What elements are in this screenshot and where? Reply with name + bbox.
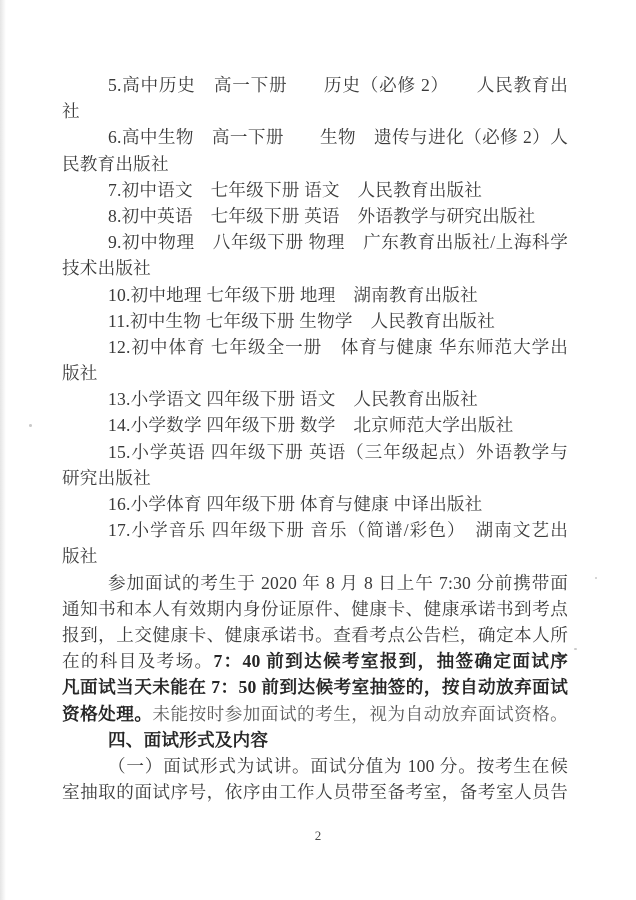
- text-segment: 版社: [62, 546, 98, 566]
- text-line: 11.初中生物 七年级下册 生物学 人民教育出版社: [62, 308, 568, 334]
- text-segment: 16.小学体育 四年级下册 体育与健康 中译出版社: [108, 494, 482, 514]
- page-number: 2: [0, 828, 636, 844]
- text-segment: 13.小学语文 四年级下册 语文 人民教育出版社: [108, 389, 478, 409]
- text-line: 在的科目及考场。7：40 前到达候考室报到，抽签确定面试序号。: [62, 648, 568, 674]
- text-segment: 版社: [62, 363, 98, 383]
- scan-speck: [574, 648, 577, 650]
- text-segment: 6.高中生物 高一下册 生物 遗传与进化（必修 2）人: [108, 127, 568, 147]
- scan-speck: [595, 577, 597, 579]
- text-line: 8.初中英语 七年级下册 英语 外语教学与研究出版社: [62, 203, 568, 229]
- document-body: 5.高中历史 高一下册 历史（必修 2） 人民教育出版社6.高中生物 高一下册 …: [62, 72, 568, 805]
- text-segment: 在的科目及考场。: [62, 651, 213, 671]
- text-line: 17.小学音乐 四年级下册 音乐（简谱/彩色） 湖南文艺出: [62, 517, 568, 543]
- text-segment: 室抽取的面试序号，依序由工作人员带至备考室，备考室人员告: [62, 782, 568, 802]
- text-segment: （一）面试形式为试讲。面试分值为 100 分。按考生在候考: [62, 756, 568, 779]
- scan-speck: [29, 424, 32, 427]
- scan-left-edge: [0, 0, 6, 900]
- text-line: 通知书和本人有效期内身份证原件、健康卡、健康承诺书到考点: [62, 596, 568, 622]
- text-segment: 民教育出版社: [62, 154, 169, 174]
- text-line: 室抽取的面试序号，依序由工作人员带至备考室，备考室人员告: [62, 779, 568, 805]
- text-line: 版社: [62, 543, 568, 569]
- text-line: 社: [62, 98, 568, 124]
- text-line: 民教育出版社: [62, 151, 568, 177]
- text-line: 技术出版社: [62, 255, 568, 281]
- text-line: 研究出版社: [62, 465, 568, 491]
- text-segment: 四、面试形式及内容: [108, 730, 268, 750]
- text-segment: 11.初中生物 七年级下册 生物学 人民教育出版社: [108, 311, 495, 331]
- text-segment: 参加面试的考生于 2020 年 8 月 8 日上午 7:30 分前携带面试: [62, 573, 568, 596]
- text-line: 参加面试的考生于 2020 年 8 月 8 日上午 7:30 分前携带面试: [62, 570, 568, 596]
- text-segment: 技术出版社: [62, 258, 151, 278]
- text-segment: 社: [62, 101, 80, 121]
- text-line: 版社: [62, 360, 568, 386]
- text-line: 14.小学数学 四年级下册 数学 北京师范大学出版社: [62, 412, 568, 438]
- text-line: 5.高中历史 高一下册 历史（必修 2） 人民教育出版: [62, 72, 568, 98]
- text-segment: 15.小学英语 四年级下册 英语（三年级起点）外语教学与: [108, 442, 568, 462]
- text-segment: 12.初中体育 七年级全一册 体育与健康 华东师范大学出: [108, 337, 568, 357]
- text-line: 10.初中地理 七年级下册 地理 湖南教育出版社: [62, 282, 568, 308]
- text-line: 13.小学语文 四年级下册 语文 人民教育出版社: [62, 386, 568, 412]
- text-segment: 研究出版社: [62, 468, 151, 488]
- text-line: 报到，上交健康卡、健康承诺书。查看考点公告栏，确定本人所: [62, 622, 568, 648]
- text-segment: 通知书和本人有效期内身份证原件、健康卡、健康承诺书到考点: [62, 599, 568, 619]
- text-line: 7.初中语文 七年级下册 语文 人民教育出版社: [62, 177, 568, 203]
- text-line: （一）面试形式为试讲。面试分值为 100 分。按考生在候考: [62, 753, 568, 779]
- text-line: 四、面试形式及内容: [62, 727, 568, 753]
- text-segment: 凡面试当天未能在 7：50 前到达候考室抽签的，按自动放弃面试: [62, 677, 568, 697]
- text-line: 9.初中物理 八年级下册 物理 广东教育出版社/上海科学: [62, 229, 568, 255]
- text-line: 凡面试当天未能在 7：50 前到达候考室抽签的，按自动放弃面试: [62, 674, 568, 700]
- text-segment: 17.小学音乐 四年级下册 音乐（简谱/彩色） 湖南文艺出: [108, 520, 568, 540]
- text-line: 15.小学英语 四年级下册 英语（三年级起点）外语教学与: [62, 439, 568, 465]
- text-line: 16.小学体育 四年级下册 体育与健康 中译出版社: [62, 491, 568, 517]
- text-segment: 资格处理。: [62, 704, 152, 724]
- text-segment: 8.初中英语 七年级下册 英语 外语教学与研究出版社: [108, 206, 535, 226]
- text-segment: 14.小学数学 四年级下册 数学 北京师范大学出版社: [108, 415, 513, 435]
- text-line: 12.初中体育 七年级全一册 体育与健康 华东师范大学出: [62, 334, 568, 360]
- text-line: 6.高中生物 高一下册 生物 遗传与进化（必修 2）人: [62, 124, 568, 150]
- text-segment: 7.初中语文 七年级下册 语文 人民教育出版社: [108, 180, 482, 200]
- text-segment: 5.高中历史 高一下册 历史（必修 2） 人民教育出版: [62, 75, 568, 98]
- text-segment: 10.初中地理 七年级下册 地理 湖南教育出版社: [108, 285, 478, 305]
- text-segment: 9.初中物理 八年级下册 物理 广东教育出版社/上海科学: [108, 232, 568, 252]
- text-segment: 报到，上交健康卡、健康承诺书。查看考点公告栏，确定本人所: [62, 625, 568, 645]
- text-segment: 未能按时参加面试的考生，视为自动放弃面试资格。: [152, 704, 568, 724]
- text-line: 资格处理。未能按时参加面试的考生，视为自动放弃面试资格。: [62, 701, 568, 727]
